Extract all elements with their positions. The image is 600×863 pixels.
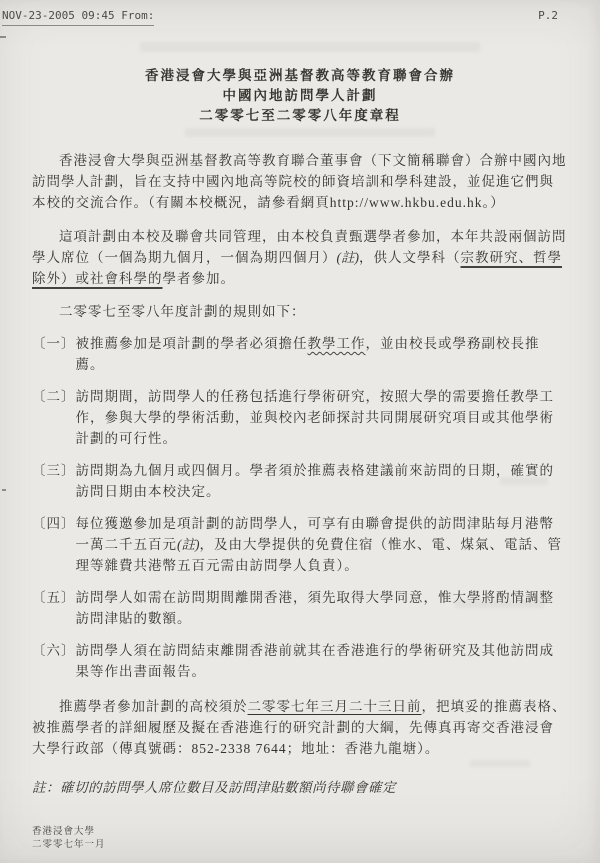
- rule-item-4: 〔四〕 每位獲邀參加是項計劃的訪問學人，可享有由聯會提供的訪問津貼每月港幣一萬二…: [32, 513, 568, 576]
- scanned-fax-page: NOV-23-2005 09:45 From: P.2 香港浸會大學與亞洲基督教…: [0, 0, 600, 863]
- rule-number: 〔一〕: [32, 333, 76, 375]
- rule-item-5: 〔五〕 訪問學人如需在訪問期間離開香港，須先取得大學同意，惟大學將酌情調整訪問津…: [32, 587, 568, 629]
- underlined-deadline: 二零零七年三月二十三日前: [248, 699, 422, 714]
- rule-number: 〔五〕: [32, 587, 76, 629]
- intro-paragraph: 香港浸會大學與亞洲基督教高等教育聯合董事會（下文簡稱聯會）合辦中國內地訪問學人計…: [32, 150, 568, 213]
- rule-text: 訪問期間，訪問學人的任務包括進行學術研究，按照大學的需要擔任教學工作，參與大學的…: [76, 386, 569, 449]
- rule-item-6: 〔六〕 訪問學人須在訪問結束離開香港前就其在香港進行的學術研究及其他訪問成果等作…: [32, 640, 568, 682]
- wavy-underlined-text: 教學工作: [308, 336, 366, 351]
- submission-paragraph: 推薦學者參加計劃的高校須於二零零七年三月二十三日前，把填妥的推薦表格、被推薦學者…: [32, 696, 568, 759]
- rule-item-1: 〔一〕 被推薦參加是項計劃的學者必須擔任教學工作，並由校長或學務副校長推薦。: [32, 333, 568, 375]
- rule-number: 〔六〕: [32, 640, 76, 682]
- rule-text: 被推薦參加是項計劃的學者必須擔任教學工作，並由校長或學務副校長推薦。: [76, 333, 569, 375]
- title-line-1: 香港浸會大學與亞洲基督教高等教育聯會合辦: [32, 66, 568, 86]
- rule-text: 訪問學人如需在訪問期間離開香港，須先取得大學同意，惟大學將酌情調整訪問津貼的數額…: [76, 587, 569, 629]
- program-text: 學者參加。: [163, 271, 236, 286]
- footer-date: 二零零七年一月: [32, 839, 568, 852]
- rule-text: 每位獲邀參加是項計劃的訪問學人，可享有由聯會提供的訪問津貼每月港幣一萬二千五百元…: [76, 513, 569, 576]
- program-text: ，供人文學科（: [359, 250, 461, 265]
- document-title: 香港浸會大學與亞洲基督教高等教育聯會合辦 中國內地訪問學人計劃 二零零七至二零零…: [32, 66, 568, 126]
- rule-text: 訪問期為九個月或四個月。學者須於推薦表格建議前來訪問的日期，確實的訪問日期由本校…: [76, 460, 569, 502]
- note-reference: (註): [337, 250, 360, 265]
- rule-number: 〔四〕: [32, 513, 76, 576]
- rule-number: 〔三〕: [32, 460, 76, 502]
- note-reference: (註): [177, 537, 200, 552]
- document-body: 香港浸會大學與亞洲基督教高等教育聯會合辦 中國內地訪問學人計劃 二零零七至二零零…: [0, 66, 600, 852]
- submission-text: 推薦學者參加計劃的高校須於: [59, 699, 248, 714]
- rules-header: 二零零七至零八年度計劃的規則如下：: [32, 301, 568, 322]
- fax-timestamp: NOV-23-2005 09:45 From:: [2, 9, 154, 26]
- fax-page-number: P.2: [538, 9, 558, 22]
- program-paragraph: 這項計劃由本校及聯會共同管理，由本校負責甄選學者參加，本年共設兩個訪問學人席位（…: [32, 226, 568, 289]
- title-line-3: 二零零七至二零零八年度章程: [32, 106, 568, 126]
- bleed-through-mark: [140, 42, 480, 52]
- scan-artifact: [0, 36, 6, 38]
- rule-1-text: 被推薦參加是項計劃的學者必須擔任: [76, 336, 308, 351]
- rule-item-2: 〔二〕 訪問期間，訪問學人的任務包括進行學術研究，按照大學的需要擔任教學工作，參…: [32, 386, 568, 449]
- title-line-2: 中國內地訪問學人計劃: [32, 86, 568, 106]
- footnote: 註：確切的訪問學人席位數目及訪問津貼數額尚待聯會確定: [32, 777, 568, 798]
- intro-text: 香港浸會大學與亞洲基督教高等教育聯合董事會（下文簡稱聯會）合辦中國內地訪問學人計…: [32, 153, 567, 210]
- document-footer: 香港浸會大學 二零零七年一月: [32, 826, 568, 852]
- rule-item-3: 〔三〕 訪問期為九個月或四個月。學者須於推薦表格建議前來訪問的日期，確實的訪問日…: [32, 460, 568, 502]
- footer-org: 香港浸會大學: [32, 826, 568, 839]
- fax-header: NOV-23-2005 09:45 From: P.2: [0, 0, 600, 26]
- rule-text: 訪問學人須在訪問結束離開香港前就其在香港進行的學術研究及其他訪問成果等作出書面報…: [76, 640, 569, 682]
- rule-number: 〔二〕: [32, 386, 76, 449]
